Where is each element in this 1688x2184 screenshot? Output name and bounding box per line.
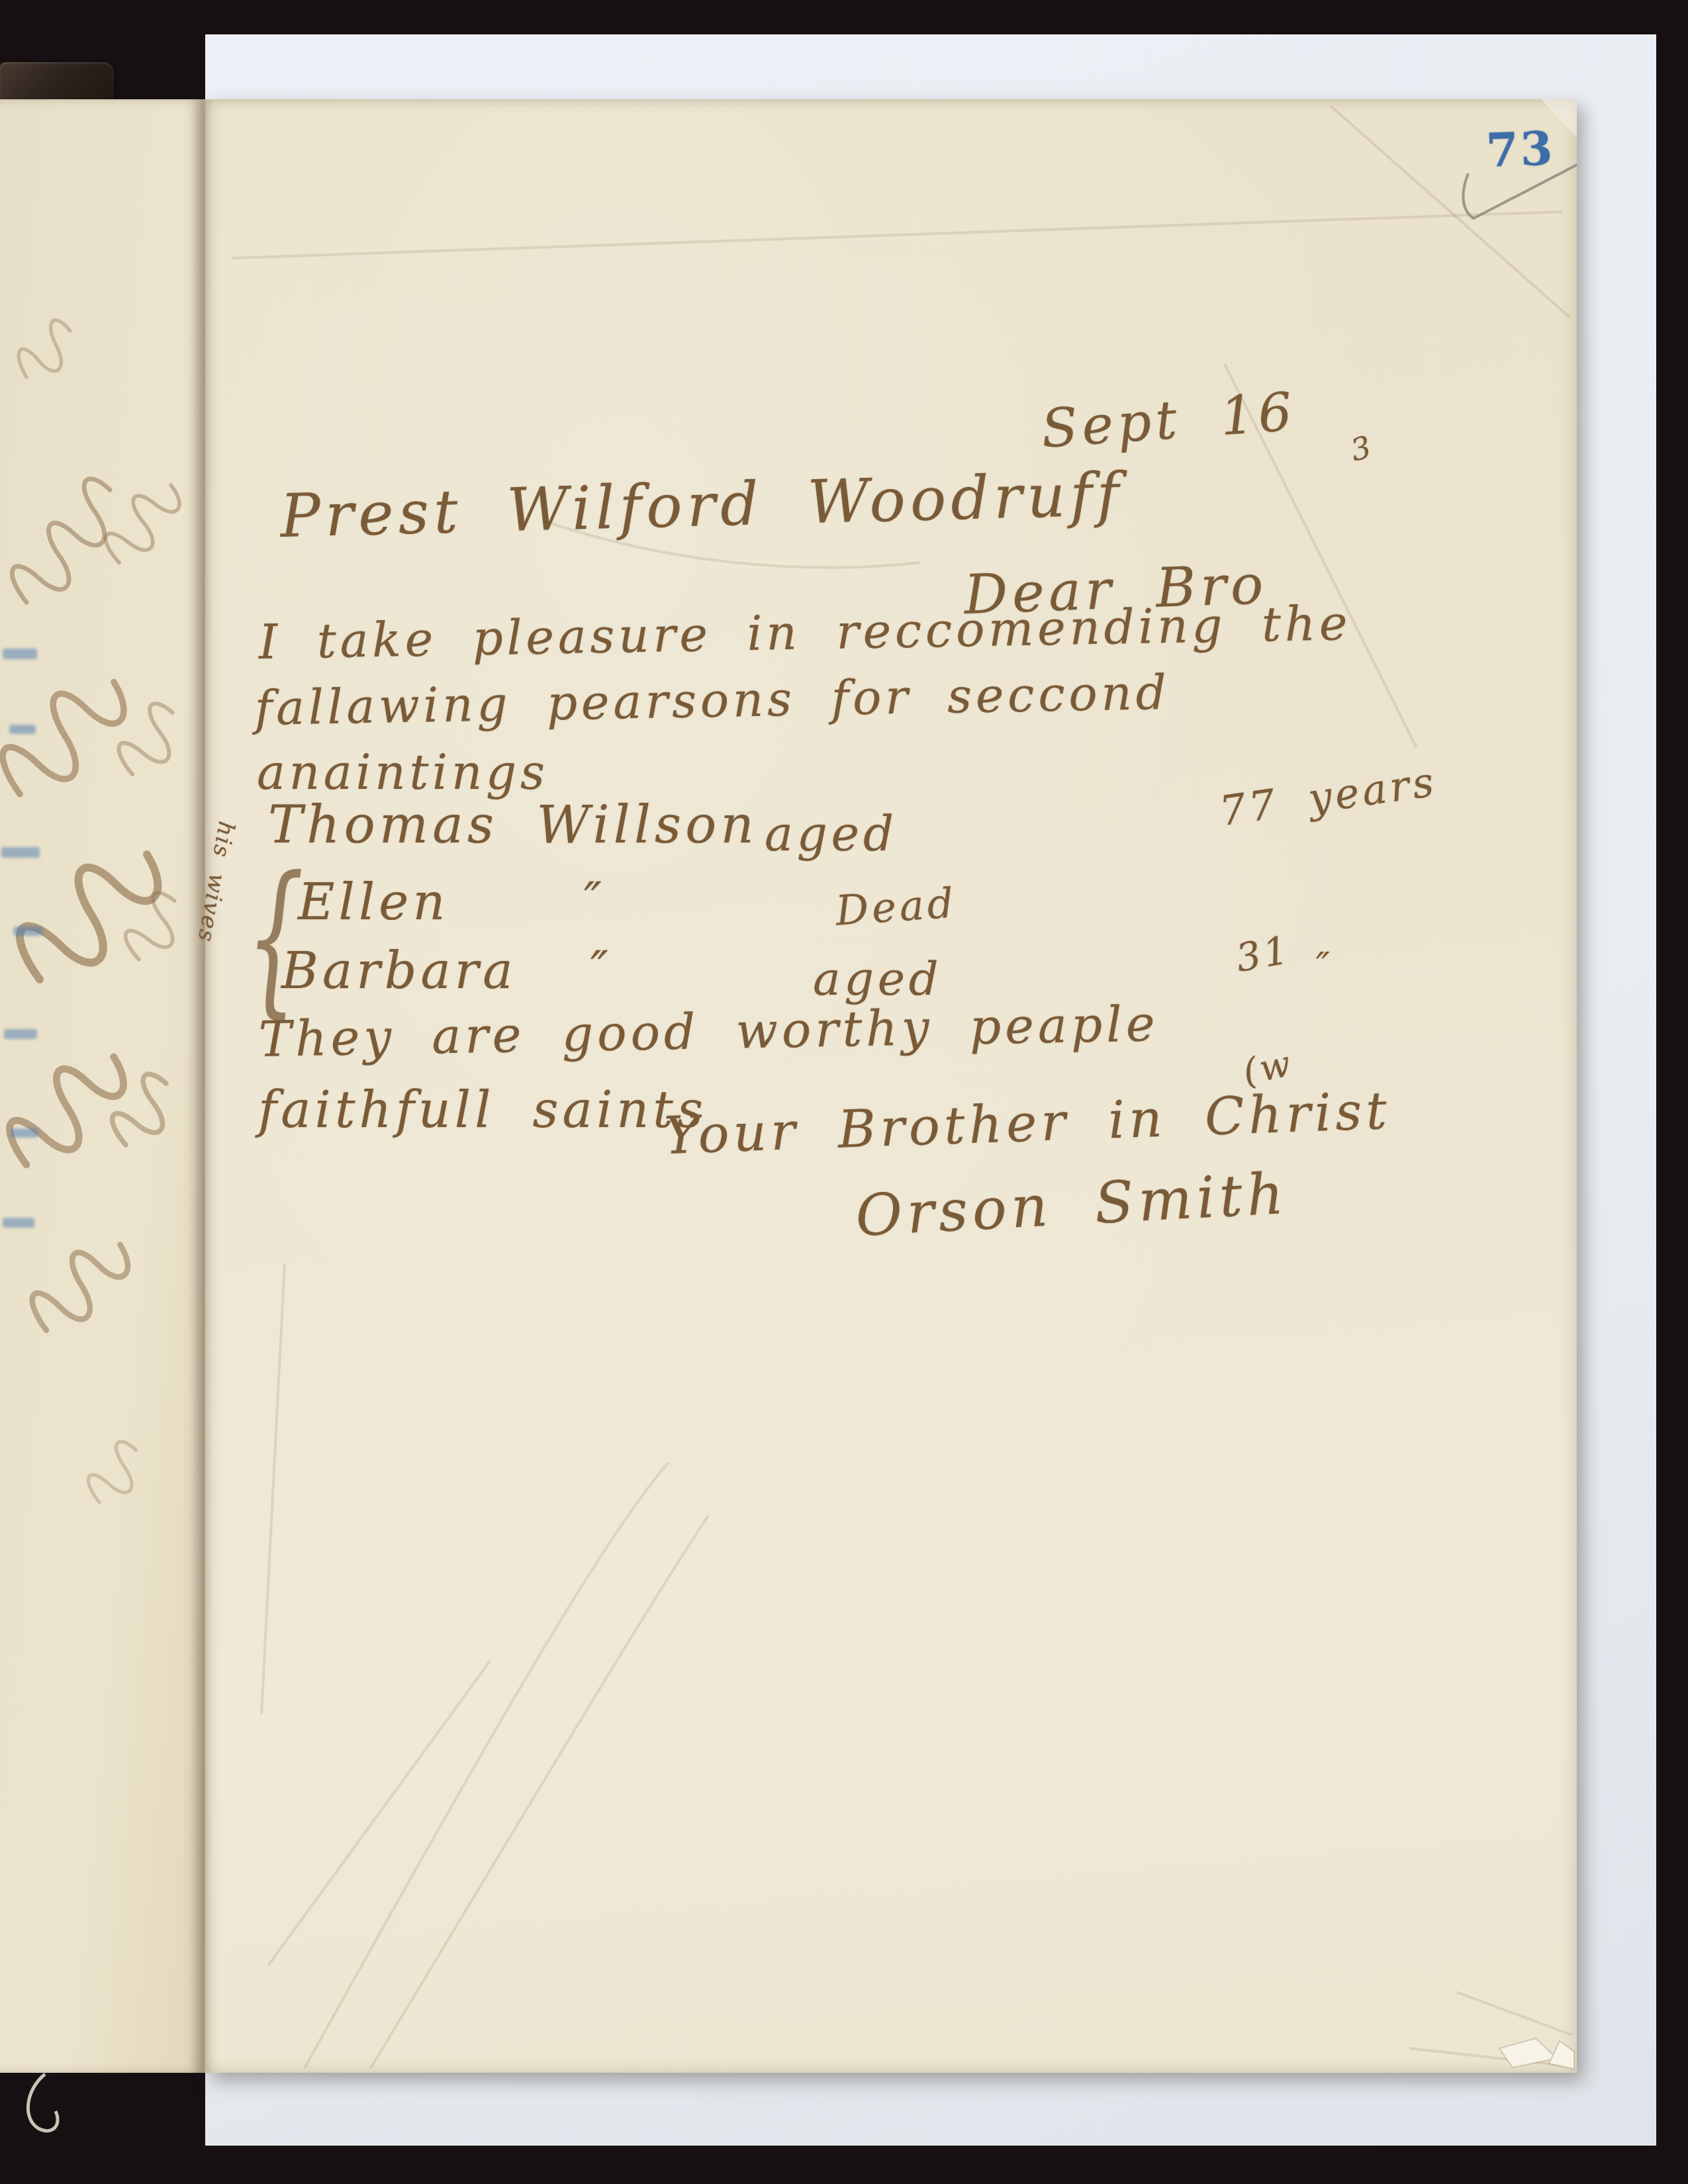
blue-print-fragment — [11, 1128, 38, 1138]
record-status: aged — [813, 952, 942, 1006]
book-cover-corner — [0, 62, 114, 102]
scanned-letter-photograph: { "page_number": "73", "letter": { "date… — [0, 0, 1688, 2184]
record-status: aged — [765, 806, 898, 862]
letter-page: 73 Sept 16 3 Prest Wilford Woodruff Dear… — [205, 99, 1577, 2073]
blue-print-fragment — [3, 1218, 34, 1228]
record-name: Barbara — [281, 941, 517, 1000]
blue-print-fragment — [1, 847, 40, 858]
blue-print-fragment — [9, 725, 36, 734]
binding-thread — [13, 2065, 106, 2158]
record-name: Ellen — [298, 872, 449, 931]
blue-print-fragment — [4, 1029, 37, 1039]
record-age: 31 — [1233, 927, 1295, 981]
closing-line: faithfull saints — [258, 1080, 707, 1139]
body-line: anaintings — [257, 745, 549, 800]
blue-print-fragment — [13, 927, 42, 936]
previous-page-sliver — [0, 99, 206, 2073]
record-age-ditto: ″ — [1316, 945, 1333, 988]
margin-brace: { — [246, 841, 304, 1033]
record-ditto: ″ — [584, 872, 606, 928]
blue-print-fragment — [3, 649, 37, 659]
record-ditto: ″ — [590, 941, 612, 997]
page-number-stamp: 73 — [1485, 120, 1556, 178]
record-name: Thomas Willson — [268, 796, 758, 855]
bleedthrough-handwriting — [0, 99, 204, 2073]
record-status: Dead — [834, 878, 959, 935]
